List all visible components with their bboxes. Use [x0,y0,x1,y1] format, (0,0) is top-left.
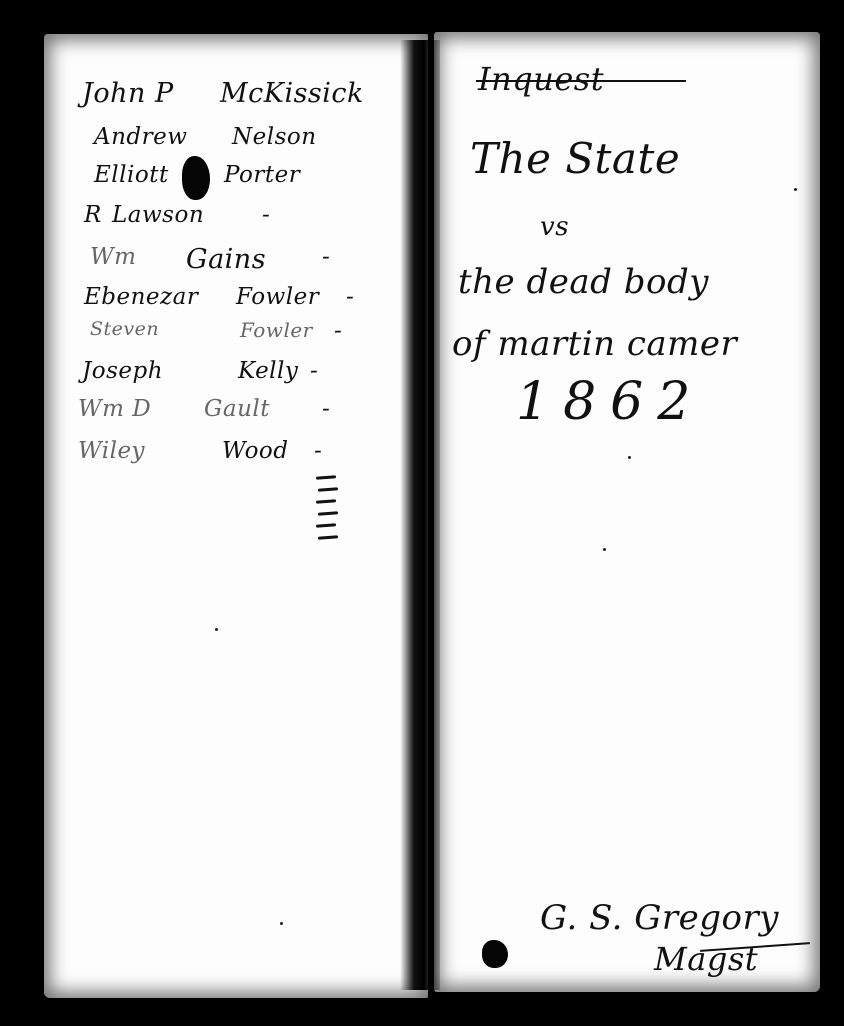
juror-last-name: Lawson [112,202,204,228]
ink-blot [182,156,210,200]
juror-first-name: John P [82,78,174,109]
juror-last-name: Kelly [238,358,298,384]
juror-last-name: Fowler [240,318,313,342]
subject-line-1: the dead body [458,262,709,302]
juror-first-name: Wm [90,244,136,270]
juror-mark: - [322,396,330,422]
juror-first-name: Wiley [78,438,145,464]
juror-first-name: Joseph [82,358,163,384]
juror-last-name: Wood [222,438,289,464]
juror-last-name: Gault [204,396,270,422]
juror-first-name: Wm D [78,396,151,422]
juror-row: R Lawson - [0,202,400,242]
juror-last-name: Gains [186,244,266,275]
binding-fold [400,40,440,990]
juror-row: Wm Gains - [0,244,400,284]
signature-title: Magst [654,940,758,978]
versus-label: vs [540,212,569,242]
juror-row: Wm D Gault - [0,396,400,436]
struck-word: Inquest [478,60,604,98]
paper-speck [280,922,283,925]
juror-first-name: Elliott [94,162,169,188]
juror-mark: - [322,244,330,270]
paper-speck [603,548,606,551]
subject-line-2: of martin camer [452,324,737,364]
juror-first-name: Andrew [94,124,187,150]
juror-last-name: Fowler [236,284,319,310]
juror-first-name: R [84,202,102,228]
juror-mark: - [262,202,270,228]
juror-first-name: Steven [90,318,159,340]
paper-speck [628,456,631,459]
juror-mark: - [310,358,318,384]
juror-row: Wiley Wood - [0,438,400,478]
paper-speck [794,188,797,191]
juror-row: John P McKissick [0,78,400,118]
juror-row: Joseph Kelly - [0,358,400,398]
juror-mark: - [334,318,342,344]
signature: G. S. Gregory [540,898,779,938]
case-title: The State [470,134,680,183]
strikethrough-line [476,80,686,82]
ink-blot-signature [482,940,508,968]
juror-first-name: Ebenezar [84,284,198,310]
juror-last-name: McKissick [220,78,364,109]
juror-last-name: Porter [224,162,300,188]
paper-speck [215,628,218,631]
case-year: 1862 [516,372,704,432]
juror-mark: - [346,284,354,310]
juror-last-name: Nelson [232,124,317,150]
juror-mark: - [314,438,322,464]
juror-row: Steven Fowler - [0,318,400,358]
